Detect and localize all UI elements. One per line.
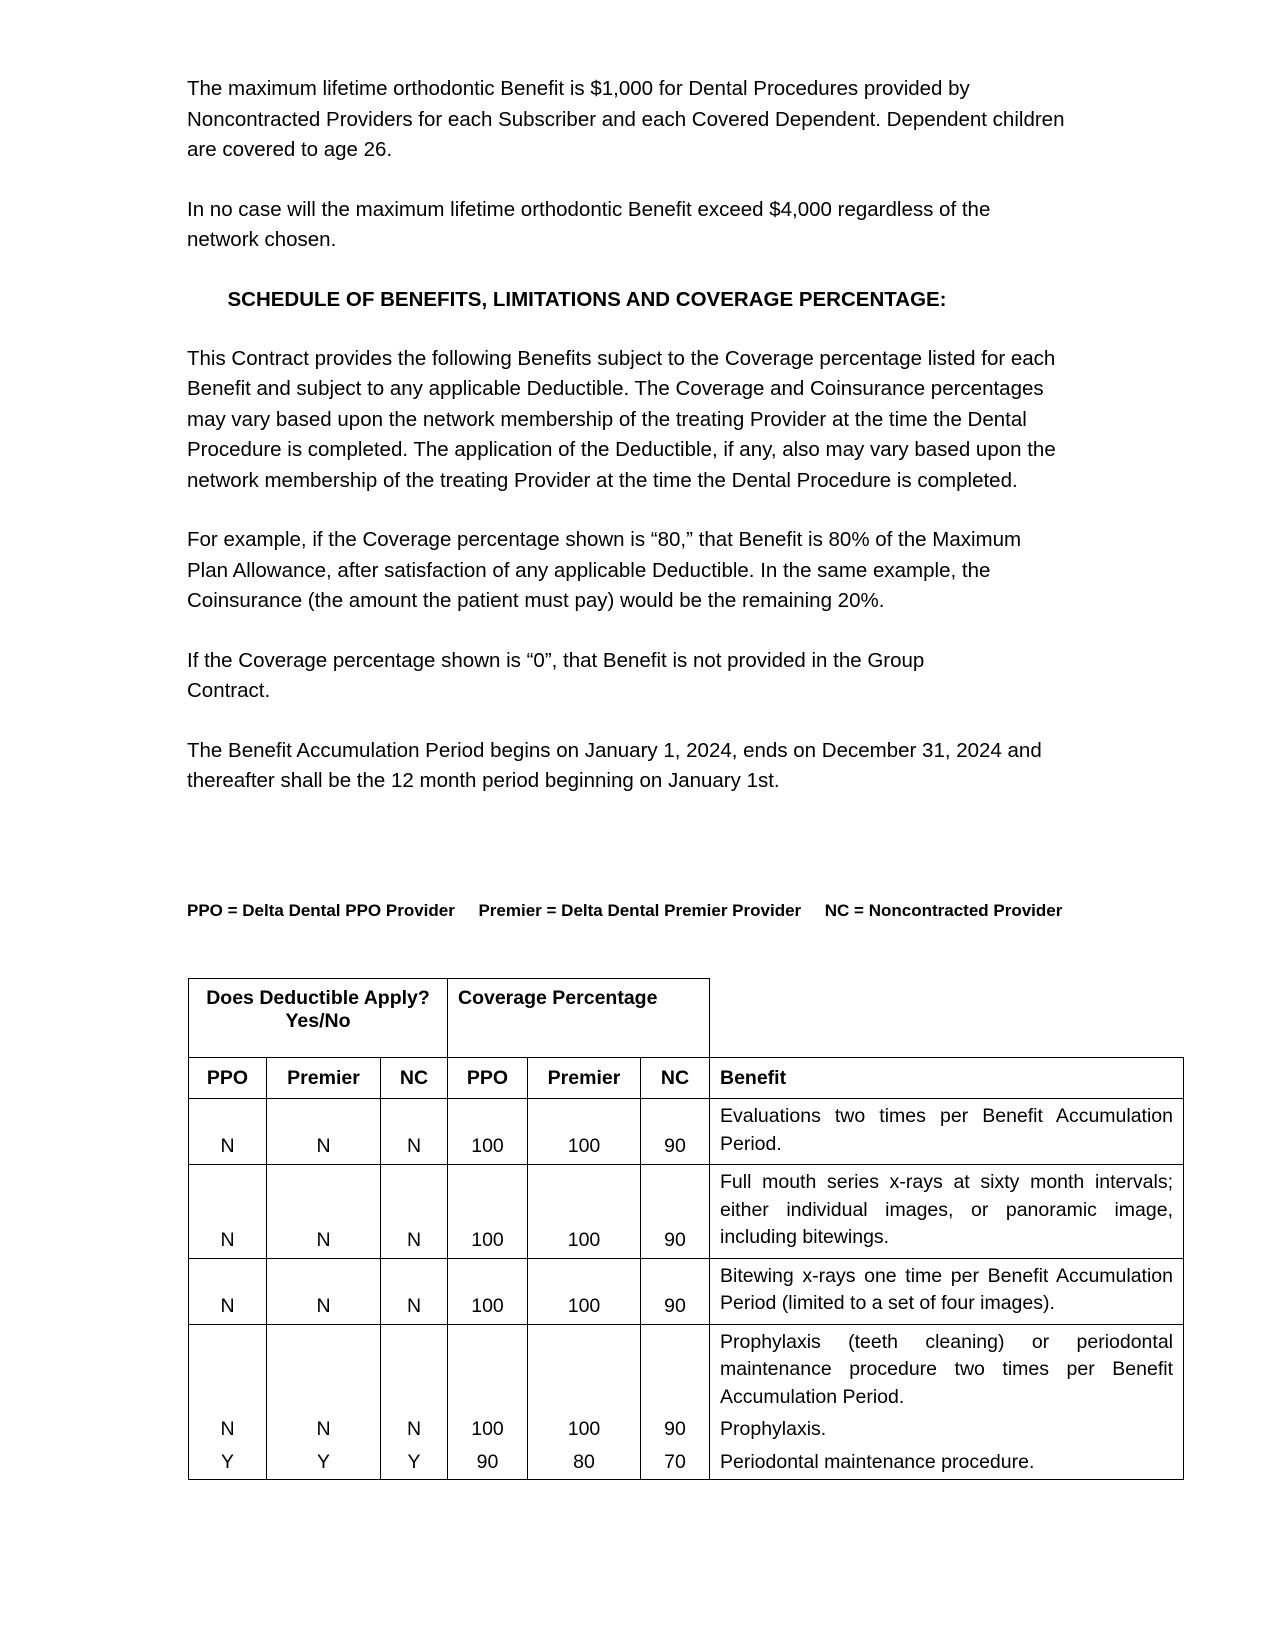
cell-cov-premier: 100 xyxy=(528,1165,641,1259)
col-ded-premier: Premier xyxy=(267,1058,381,1099)
cell-benefit: Full mouth series x-rays at sixty month … xyxy=(710,1165,1184,1259)
benefits-table: Does Deductible Apply? Yes/No Coverage P… xyxy=(188,978,1184,1480)
legend-nc: NC = Noncontracted Provider xyxy=(825,901,1063,920)
table-row: NNN10010090Bitewing x-rays one time per … xyxy=(189,1258,1184,1324)
cell-benefit: Prophylaxis. xyxy=(710,1413,1184,1446)
header-blank xyxy=(710,979,1184,1058)
cell-ded-ppo: Y xyxy=(189,1446,267,1480)
ortho-max-paragraph: In no case will the maximum lifetime ort… xyxy=(187,195,1027,256)
cell-ded-nc: N xyxy=(381,1413,448,1446)
cell-cov-nc: 70 xyxy=(641,1446,710,1480)
cell-ded-ppo: N xyxy=(189,1099,267,1165)
group-blank-cell xyxy=(267,1324,381,1413)
group-blank-cell xyxy=(641,1324,710,1413)
cell-benefit: Bitewing x-rays one time per Benefit Acc… xyxy=(710,1258,1184,1324)
coverage-group-header: Coverage Percentage xyxy=(448,979,710,1058)
legend-premier: Premier = Delta Dental Premier Provider xyxy=(478,901,801,920)
cell-cov-nc: 90 xyxy=(641,1258,710,1324)
cell-ded-ppo: N xyxy=(189,1165,267,1259)
col-ded-ppo: PPO xyxy=(189,1058,267,1099)
deductible-group-header: Does Deductible Apply? Yes/No xyxy=(189,979,448,1058)
cell-ded-premier: N xyxy=(267,1099,381,1165)
cell-ded-premier: Y xyxy=(267,1446,381,1480)
col-cov-nc: NC xyxy=(641,1058,710,1099)
group-benefit: Prophylaxis (teeth cleaning) or periodon… xyxy=(710,1324,1184,1413)
cell-ded-nc: Y xyxy=(381,1446,448,1480)
group-blank-cell xyxy=(189,1324,267,1413)
column-header-row: PPO Premier NC PPO Premier NC Benefit xyxy=(189,1058,1184,1099)
cell-cov-ppo: 100 xyxy=(448,1165,528,1259)
cell-cov-nc: 90 xyxy=(641,1099,710,1165)
group-blank-cell xyxy=(528,1324,641,1413)
cell-cov-ppo: 100 xyxy=(448,1413,528,1446)
group-blank-cell xyxy=(381,1324,448,1413)
zero-paragraph: If the Coverage percentage shown is “0”,… xyxy=(187,646,1007,707)
table-row: NNN10010090Full mouth series x-rays at s… xyxy=(189,1165,1184,1259)
provider-legend: PPO = Delta Dental PPO Provider Premier … xyxy=(187,898,1067,923)
col-cov-ppo: PPO xyxy=(448,1058,528,1099)
contract-paragraph: This Contract provides the following Ben… xyxy=(187,344,1057,497)
cell-cov-premier: 100 xyxy=(528,1413,641,1446)
table-row: NNN10010090Evaluations two times per Ben… xyxy=(189,1099,1184,1165)
cell-ded-premier: N xyxy=(267,1413,381,1446)
cell-ded-nc: N xyxy=(381,1099,448,1165)
cell-ded-premier: N xyxy=(267,1165,381,1259)
cell-cov-premier: 100 xyxy=(528,1099,641,1165)
cell-cov-nc: 90 xyxy=(641,1165,710,1259)
cell-cov-premier: 80 xyxy=(528,1446,641,1480)
cell-cov-nc: 90 xyxy=(641,1413,710,1446)
cell-ded-ppo: N xyxy=(189,1413,267,1446)
cell-cov-ppo: 90 xyxy=(448,1446,528,1480)
col-cov-premier: Premier xyxy=(528,1058,641,1099)
cell-ded-premier: N xyxy=(267,1258,381,1324)
schedule-heading: SCHEDULE OF BENEFITS, LIMITATIONS AND CO… xyxy=(187,285,987,315)
legend-ppo: PPO = Delta Dental PPO Provider xyxy=(187,901,455,920)
period-paragraph: The Benefit Accumulation Period begins o… xyxy=(187,736,1067,797)
col-ded-nc: NC xyxy=(381,1058,448,1099)
col-benefit: Benefit xyxy=(710,1058,1184,1099)
cell-benefit: Periodontal maintenance procedure. xyxy=(710,1446,1184,1480)
example-paragraph: For example, if the Coverage percentage … xyxy=(187,525,1057,617)
cell-cov-ppo: 100 xyxy=(448,1258,528,1324)
cell-benefit: Evaluations two times per Benefit Accumu… xyxy=(710,1099,1184,1165)
document-page: The maximum lifetime orthodontic Benefit… xyxy=(187,74,1087,797)
cell-ded-nc: N xyxy=(381,1165,448,1259)
group-row-header: Prophylaxis (teeth cleaning) or periodon… xyxy=(189,1324,1184,1413)
cell-cov-ppo: 100 xyxy=(448,1099,528,1165)
table-sub-row: NNN10010090Prophylaxis. xyxy=(189,1413,1184,1446)
cell-ded-ppo: N xyxy=(189,1258,267,1324)
cell-ded-nc: N xyxy=(381,1258,448,1324)
ortho-nc-paragraph: The maximum lifetime orthodontic Benefit… xyxy=(187,74,1087,166)
group-blank-cell xyxy=(448,1324,528,1413)
table-sub-row: YYY908070Periodontal maintenance procedu… xyxy=(189,1446,1184,1480)
cell-cov-premier: 100 xyxy=(528,1258,641,1324)
